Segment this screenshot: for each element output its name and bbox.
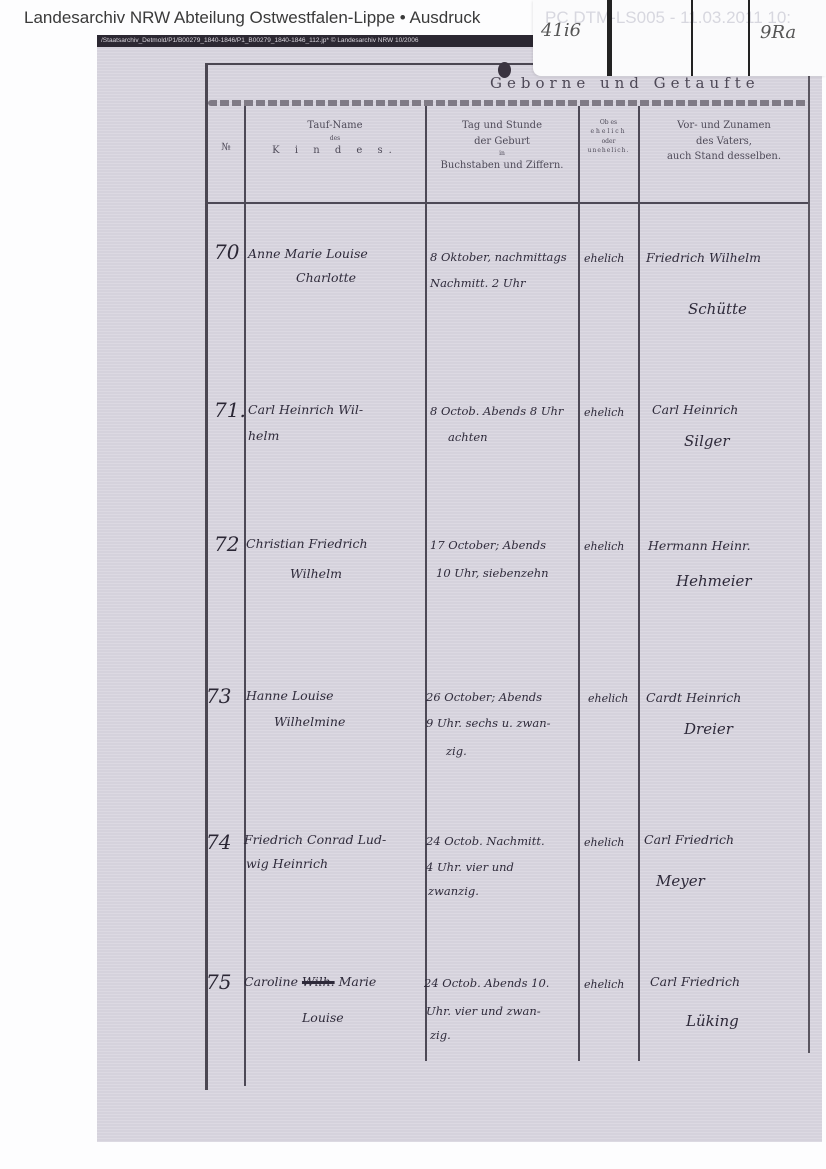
father-name: Carl Heinrich [652,402,738,417]
birth-line1: 24 Octob. Nachmitt. [426,834,545,848]
child-name-line1: Hanne Louise [246,688,334,703]
father-surname: Schütte [688,300,747,318]
sticky-note-label: PC DTM-LS005 - 11.03.2011 10: 41i6 9Ra [533,0,826,76]
legitimacy: ehelich [584,978,624,991]
birth-line1: 26 October; Abends [426,690,542,704]
entry-number: 75 [206,970,231,994]
birth-line3: zig. [430,1028,451,1042]
birth-line2: Uhr. vier und zwan- [426,1004,541,1018]
column-divider-nr [244,106,246,1086]
father-name: Carl Friedrich [644,832,734,847]
header-geburt: Tag und Stunde der Geburt in Buchstaben … [427,118,577,174]
birth-line1: 17 October; Abends [430,538,546,552]
child-name-line1: Christian Friedrich [246,536,368,551]
birth-line2: 9 Uhr. sechs u. zwan- [426,716,551,730]
father-name: Hermann Heinr. [648,538,751,553]
father-surname: Lüking [686,1012,739,1030]
form-title: Geborne und Getaufte [490,74,808,92]
birth-line3: zig. [446,744,467,758]
header-rule [208,202,808,204]
sticky-right-code: 9Ra [760,22,796,43]
legitimacy: ehelich [584,836,624,849]
child-name-line2: Charlotte [296,270,356,285]
child-name-line1: Anne Marie Louise [248,246,368,261]
sticky-left-code: 41i6 [541,20,581,41]
father-name: Cardt Heinrich [646,690,741,705]
birth-line2: 4 Uhr. vier und [426,860,514,874]
legitimacy: ehelich [584,252,624,265]
entry-number: 72 [214,532,239,556]
entry-number: 74 [206,830,231,854]
birth-line2: Nachmitt. 2 Uhr [430,276,525,290]
entry-number: 70 [214,240,239,264]
sticky-divider-thick [607,0,612,76]
entry-number: 73 [206,684,231,708]
father-surname: Hehmeier [676,572,752,590]
header-vater: Vor- und Zunamen des Vaters, auch Stand … [640,118,808,165]
print-header-overprint: PC DTM-LS005 - 11.03.2011 10: [545,8,791,28]
print-header: Landesarchiv NRW Abteilung Ostwestfalen-… [24,8,480,28]
column-divider-geburt [578,106,580,1061]
birth-line1: 8 Oktober, nachmittags [430,250,567,264]
father-surname: Meyer [656,872,705,890]
child-name-line1: Caroline Wilh. Marie [244,974,376,989]
father-name: Friedrich Wilhelm [646,250,761,265]
decorative-wavy-rule [208,100,808,106]
father-name: Carl Friedrich [650,974,740,989]
child-name-line2: Wilhelm [290,566,342,581]
struck-out-name: Wilh. [302,974,335,989]
father-surname: Silger [684,432,730,450]
header-nr: № [208,140,244,156]
form-right-border [808,63,810,1053]
birth-line2: achten [448,430,488,444]
child-name-line1: Carl Heinrich Wil- [248,402,363,417]
birth-line1: 24 Octob. Abends 10. [424,976,549,990]
father-surname: Dreier [684,720,733,738]
entry-number: 71. [214,398,246,422]
child-name-line2: helm [248,428,279,443]
child-name-line2: Wilhelmine [274,714,345,729]
header-ehelich: Ob es ehelich oder unehelich. [580,118,637,155]
birth-line2: 10 Uhr, siebenzehn [436,566,549,580]
header-taufname: Tauf-Name des K i n d e s. [246,118,424,158]
child-name-line1: Friedrich Conrad Lud- [244,832,386,847]
child-name-line2: Louise [302,1010,344,1025]
column-divider-taufname [425,106,427,1061]
legitimacy: ehelich [588,692,628,705]
birth-line3: zwanzig. [428,884,479,898]
sticky-divider [748,0,750,76]
legitimacy: ehelich [584,540,624,553]
child-name-line2: wig Heinrich [246,856,328,871]
legitimacy: ehelich [584,406,624,419]
birth-line1: 8 Octob. Abends 8 Uhr [430,404,563,418]
print-header-text: Landesarchiv NRW Abteilung Ostwestfalen-… [24,8,480,27]
sticky-divider [691,0,693,76]
column-divider-ehelich [638,106,640,1061]
